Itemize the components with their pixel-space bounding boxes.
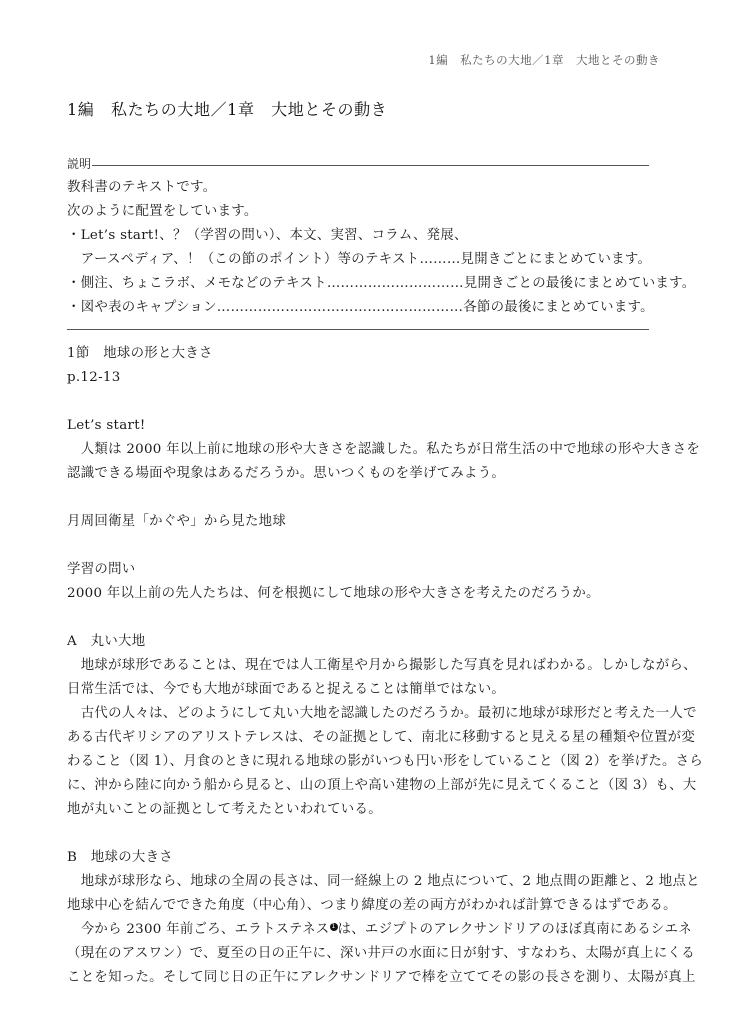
spacer [67,390,649,414]
explanation-heading-label: 説明 [67,152,91,176]
page-range: p.12-13 [67,366,649,390]
explanation-heading: 説明 [67,152,649,176]
lets-start-heading: Let’s start! [67,414,649,438]
divider [67,329,649,330]
body-text-line: 地球が球形であることは、現在では人工衛星や月から撮影した写真を見ればわかる。しか… [67,654,649,678]
section-title: 1節 地球の形と大きさ [67,342,649,366]
explanation-line: 教科書のテキストです。 [67,176,649,200]
body-text-line: わること（図 1）、月食のときに現れる地球の影がいつも円い形をしていること（図 … [67,750,649,774]
body-text-line: （現在のアスワン）で、夏至の日の正午に、深い井戸の水面に日が射す、すなわち、太陽… [67,942,649,966]
spacer [67,822,649,846]
explanation-line: ・側注、ちょこラボ、メモなどのテキスト…………………………見開きごとの最後にまと… [67,272,649,296]
body-text-line: に、沖から陸に向かう船から見ると、山の頂上や高い建物の上部が先に見えてくること（… [67,774,649,798]
divider [92,165,649,166]
spacer [67,486,649,510]
page-title: 1編 私たちの大地／1章 大地とその動き [67,97,387,120]
figure-caption: 月周回衛星「かぐや」から見た地球 [67,510,649,534]
subsection-a-heading: A 丸い大地 [67,630,649,654]
footnote-marker: 1 [330,923,338,931]
document-body: 説明 教科書のテキストです。 次のように配置をしています。 ・Let’s sta… [67,152,649,990]
spacer [67,534,649,558]
subsection-b-heading: B 地球の大きさ [67,846,649,870]
body-text-line: 地が丸いことの証拠として考えたといわれている。 [67,798,649,822]
body-text-line: 古代の人々は、どのようにして丸い大地を認識したのだろうか。最初に地球が球形だと考… [67,702,649,726]
learning-question-text: 2000 年以上前の先人たちは、何を根拠にして地球の形や大きさを考えたのだろうか… [67,582,649,606]
explanation-line: 次のように配置をしています。 [67,200,649,224]
lets-start-text: 認識できる場面や現象はあるだろうか。思いつくものを挙げてみよう。 [67,462,649,486]
lets-start-text: 人類は 2000 年以上前に地球の形や大きさを認識した。私たちが日常生活の中で地… [67,438,649,462]
explanation-line: ・Let’s start!、？（学習の問い）、本文、実習、コラム、発展、 [67,224,649,248]
body-text-segment: は、エジプトのアレクサンドリアのほぼ真南にあるシエネ [338,922,692,937]
body-text-line: 地球中心を結んでできた角度（中心角）、つまり緯度の差の両方がわかれば計算できるは… [67,894,649,918]
body-text-segment: 今から 2300 年前ごろ、エラトステネス [67,922,330,937]
explanation-line: アースペディア、！（この節のポイント）等のテキスト………見開きごとにまとめていま… [67,248,649,272]
body-text-line: 今から 2300 年前ごろ、エラトステネス1は、エジプトのアレクサンドリアのほぼ… [67,918,649,942]
learning-question-heading: 学習の問い [67,558,649,582]
body-text-line: 日常生活では、今でも大地が球面であると捉えることは簡単ではない。 [67,678,649,702]
body-text-line: ある古代ギリシアのアリストテレスは、その証拠として、南北に移動すると見える星の種… [67,726,649,750]
running-header: 1編 私たちの大地／1章 大地とその動き [428,52,660,68]
explanation-line: ・図や表のキャプション………………………………………………各節の最後にまとめてい… [67,296,649,320]
body-text-line: ことを知った。そして同じ日の正午にアレクサンドリアで棒を立ててその影の長さを測り… [67,966,649,990]
spacer [67,606,649,630]
body-text-line: 地球が球形なら、地球の全周の長さは、同一経線上の 2 地点について、2 地点間の… [67,870,649,894]
